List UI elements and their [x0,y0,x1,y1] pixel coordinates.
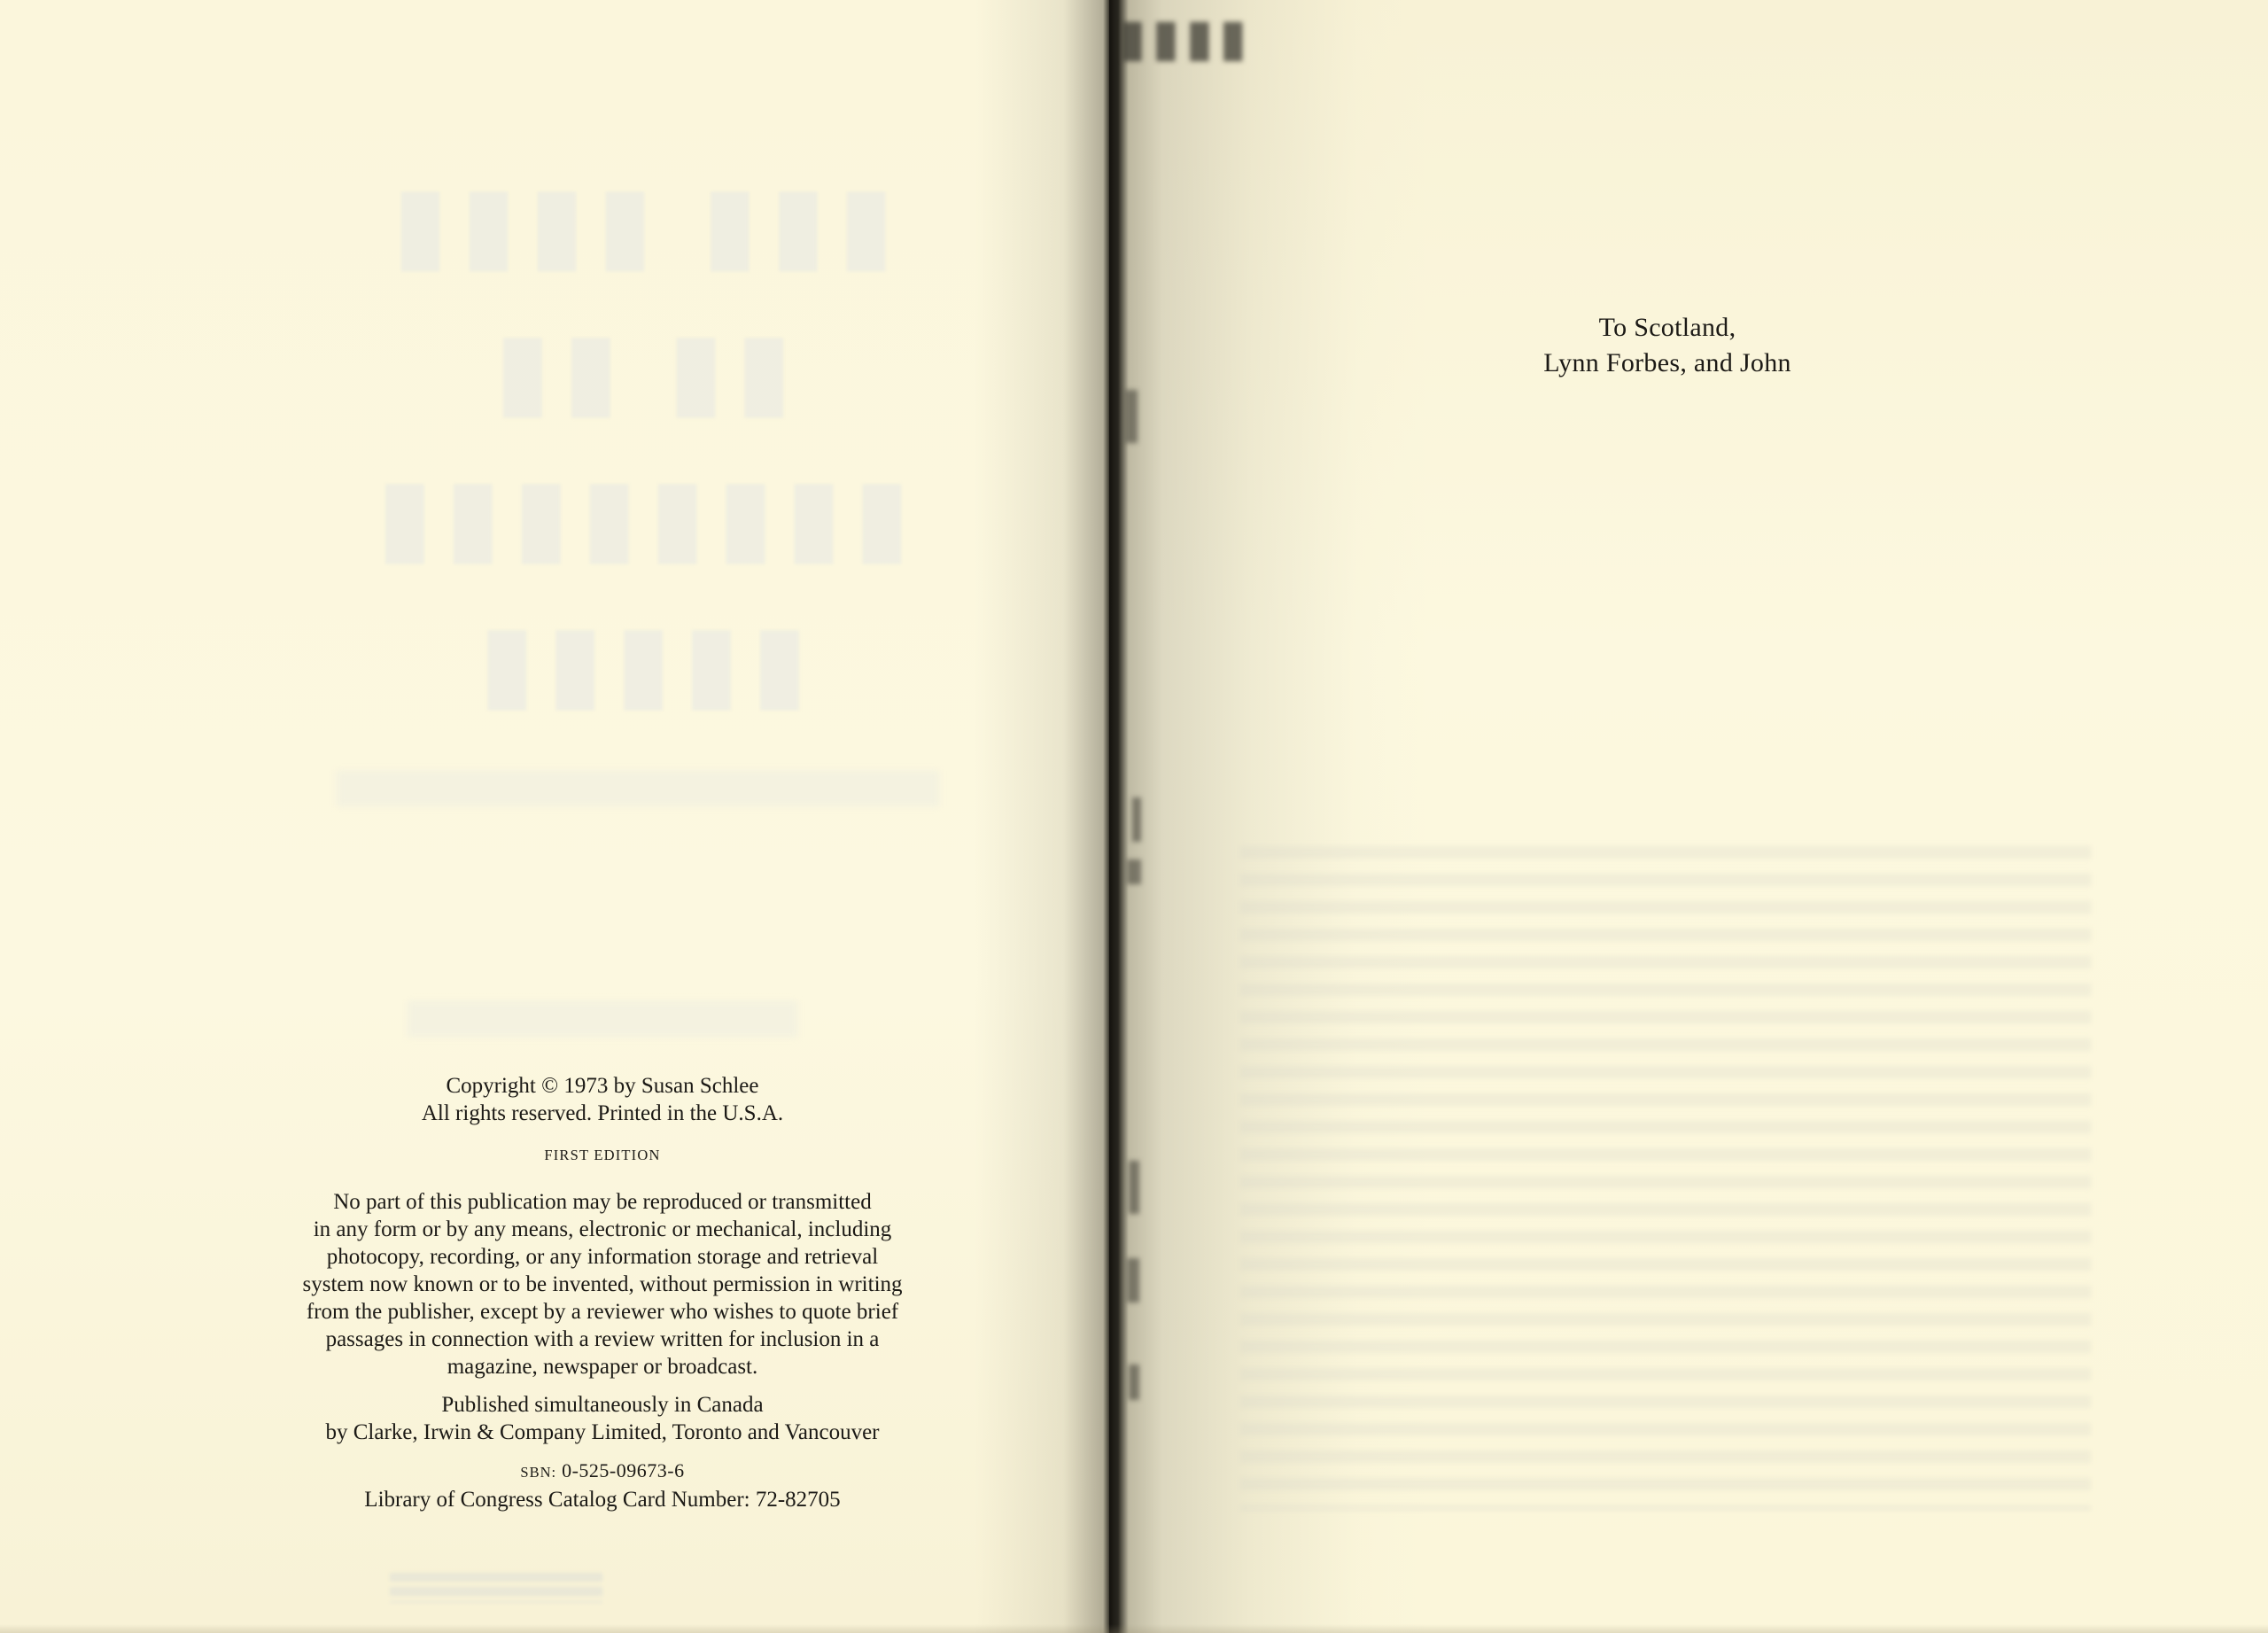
book-spread: ▮▮▮ ▮▮▮▮▮▮ ▮▮▮▮▮▮▮▮▮▮▮▮▮▮▮ Copyright © 1… [0,0,2268,1633]
published-line: Published simultaneously in Canada [230,1391,975,1419]
sbn-line: SBN: 0-525-09673-6 [230,1457,975,1486]
notice-line: in any form or by any means, electronic … [230,1216,975,1243]
sbn-value: 0-525-09673-6 [562,1459,684,1481]
gutter-ink-marks [1115,0,1221,1633]
page-bottom-edge [0,1624,2268,1633]
sbn-label: SBN: [520,1464,556,1481]
show-through-author [408,1001,797,1037]
show-through-publisher [390,1573,602,1603]
copyright-line: Copyright © 1973 by Susan Schlee [230,1072,975,1100]
dedication: To Scotland, Lynn Forbes, and John [1417,310,1917,381]
show-through-body-text [1240,846,2091,1511]
show-through-subtitle [337,771,939,806]
notice-line: photocopy, recording, or any information… [230,1243,975,1271]
right-page-dedication: To Scotland, Lynn Forbes, and John [1109,0,2268,1633]
notice-line: magazine, newspaper or broadcast. [230,1353,975,1380]
notice-line: system now known or to be invented, with… [230,1271,975,1298]
dedication-line: To Scotland, [1417,310,1917,346]
dedication-line: Lynn Forbes, and John [1417,346,1917,381]
lccn-line: Library of Congress Catalog Card Number:… [230,1486,975,1513]
notice-line: No part of this publication may be repro… [230,1188,975,1216]
published-line: by Clarke, Irwin & Company Limited, Toro… [230,1419,975,1446]
edition-label: FIRST EDITION [230,1141,975,1169]
notice-line: passages in connection with a review wri… [230,1326,975,1353]
rights-reserved-line: All rights reserved. Printed in the U.S.… [230,1100,975,1127]
canada-publication-notice: Published simultaneously in Canada by Cl… [230,1391,975,1446]
show-through-title: ▮▮▮ ▮▮▮▮▮▮ ▮▮▮▮▮▮▮▮▮▮▮▮▮▮▮ [328,151,948,735]
left-page-copyright: ▮▮▮ ▮▮▮▮▮▮ ▮▮▮▮▮▮▮▮▮▮▮▮▮▮▮ Copyright © 1… [0,0,1109,1633]
copyright-block: Copyright © 1973 by Susan Schlee All rig… [230,1072,975,1513]
reproduction-notice: No part of this publication may be repro… [230,1188,975,1380]
notice-line: from the publisher, except by a reviewer… [230,1298,975,1326]
